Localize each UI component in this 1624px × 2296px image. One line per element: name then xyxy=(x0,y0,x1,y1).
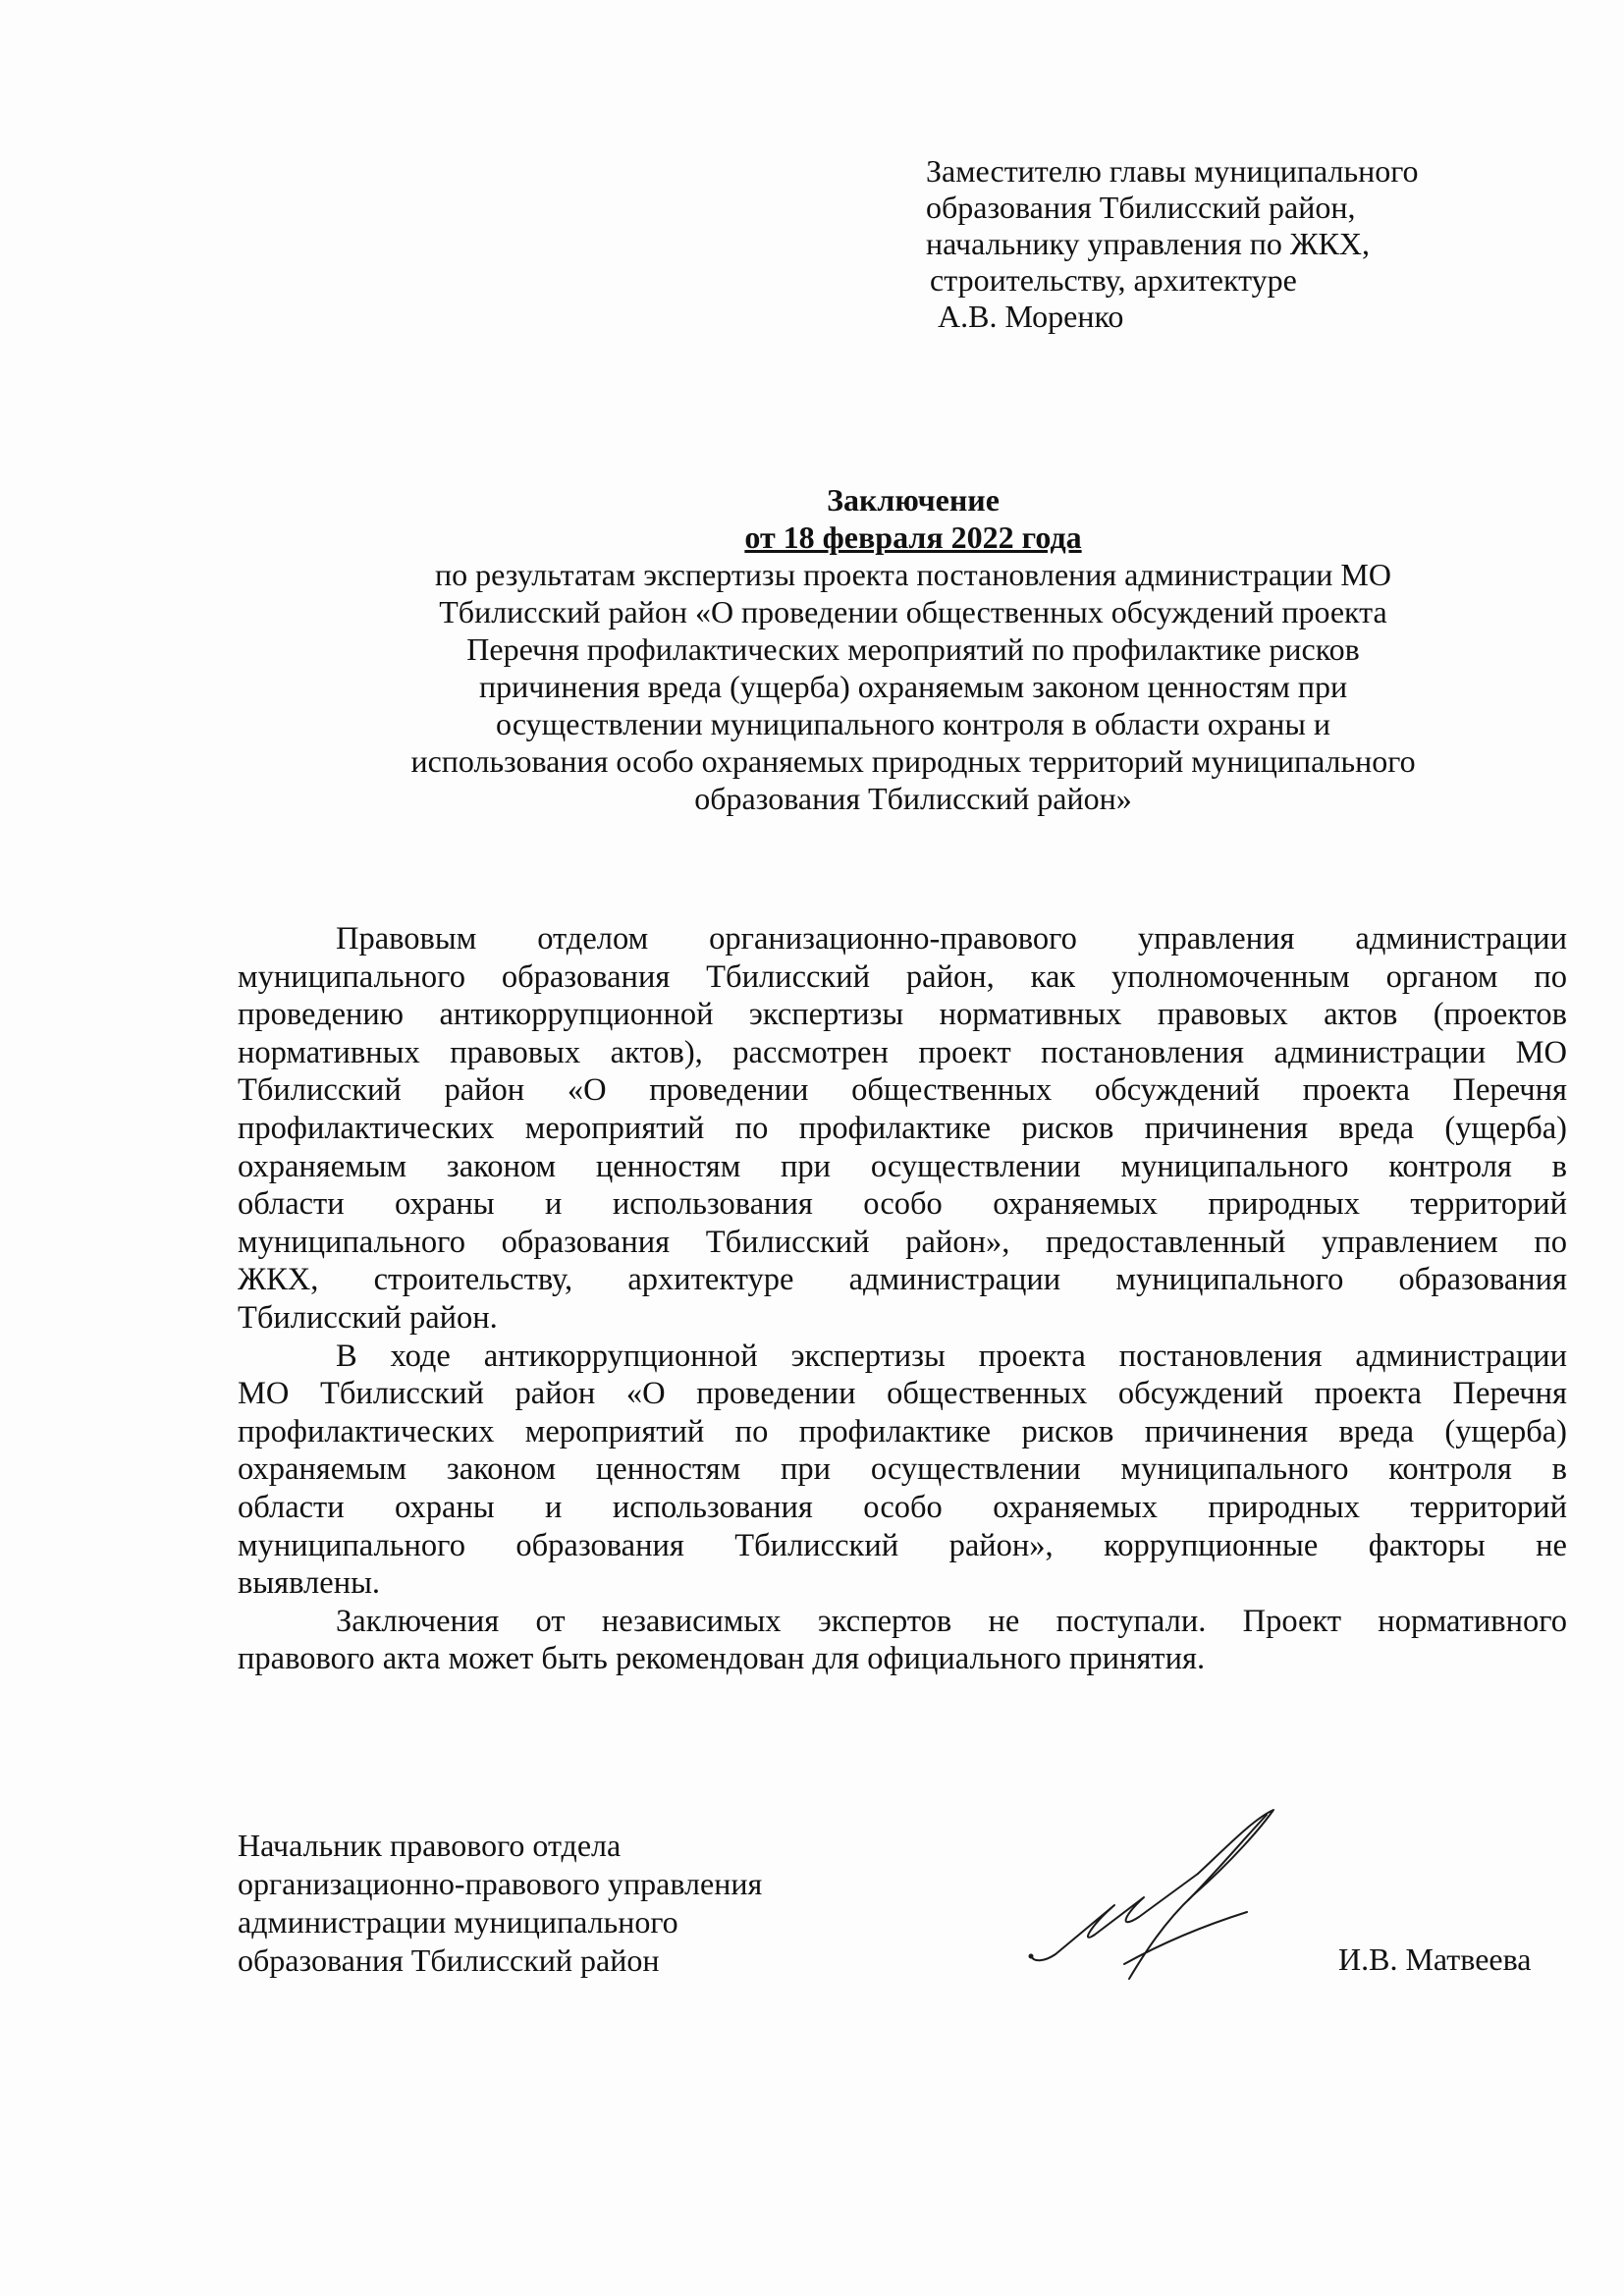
text-line: муниципального образования Тбилисский ра… xyxy=(238,958,1567,997)
subject-line: осуществлении муниципального контроля в … xyxy=(324,705,1502,742)
signer-name: И.В. Матвеева xyxy=(1338,1941,1531,1978)
signer-position-line: организационно-правового управления xyxy=(238,1865,762,1903)
recipient-line: образования Тбилисский район, xyxy=(926,190,1419,226)
text-line: Правовым отделом организационно-правовог… xyxy=(238,920,1567,958)
paragraph-review: Правовым отделом организационно-правовог… xyxy=(238,920,1567,1338)
paragraph-conclusion: Заключения от независимых экспертов не п… xyxy=(238,1603,1567,1678)
text-line: МО Тбилисский район «О проведении общест… xyxy=(238,1375,1567,1413)
text-line: Тбилисский район «О проведении обществен… xyxy=(238,1071,1567,1110)
signer-position-line: администрации муниципального xyxy=(238,1903,762,1941)
text-line: правового акта может быть рекомендован д… xyxy=(238,1640,1567,1678)
text-line: ЖКХ, строительству, архитектуре админист… xyxy=(238,1261,1567,1299)
document-title-block: Заключение от 18 февраля 2022 года по ре… xyxy=(324,481,1502,817)
text-line: охраняемым законом ценностям при осущест… xyxy=(238,1450,1567,1489)
subject-line: использования особо охраняемых природных… xyxy=(324,742,1502,780)
text-line: В ходе антикоррупционной экспертизы прое… xyxy=(238,1338,1567,1376)
signer-position-line: образования Тбилисский район xyxy=(238,1941,762,1980)
document-title: Заключение xyxy=(324,481,1502,519)
recipient-name: А.В. Моренко xyxy=(926,299,1419,335)
signer-position-line: Начальник правового отдела xyxy=(238,1827,762,1865)
paragraph-findings: В ходе антикоррупционной экспертизы прое… xyxy=(238,1338,1567,1603)
text-line: муниципального образования Тбилисский ра… xyxy=(238,1224,1567,1262)
recipient-line: Заместителю главы муниципального xyxy=(926,153,1419,190)
subject-line: Перечня профилактических мероприятий по … xyxy=(324,630,1502,668)
text-line: выявлены. xyxy=(238,1564,1567,1603)
text-line: профилактических мероприятий по профилак… xyxy=(238,1413,1567,1451)
text-line: области охраны и использования особо охр… xyxy=(238,1489,1567,1527)
handwritten-signature-icon xyxy=(997,1807,1291,2003)
text-line: охраняемым законом ценностям при осущест… xyxy=(238,1148,1567,1186)
text-line: области охраны и использования особо охр… xyxy=(238,1185,1567,1224)
subject-line: по результатам экспертизы проекта постан… xyxy=(324,556,1502,593)
document-date: от 18 февраля 2022 года xyxy=(744,519,1081,555)
text-line: муниципального образования Тбилисский ра… xyxy=(238,1527,1567,1565)
text-line: нормативных правовых актов), рассмотрен … xyxy=(238,1034,1567,1072)
text-line: проведению антикоррупционной экспертизы … xyxy=(238,996,1567,1034)
recipient-line: строительству, архитектуре xyxy=(926,262,1419,299)
subject-line: причинения вреда (ущерба) охраняемым зак… xyxy=(324,668,1502,705)
document-body: Правовым отделом организационно-правовог… xyxy=(238,920,1567,1678)
text-line: Заключения от независимых экспертов не п… xyxy=(238,1603,1567,1641)
recipient-line: начальнику управления по ЖКХ, xyxy=(926,226,1419,262)
recipient-block: Заместителю главы муниципального образов… xyxy=(926,153,1419,335)
signer-position-block: Начальник правового отдела организационн… xyxy=(238,1827,762,1980)
subject-line: Тбилисский район «О проведении обществен… xyxy=(324,593,1502,630)
subject-line: образования Тбилисский район» xyxy=(324,780,1502,817)
text-line: Тбилисский район. xyxy=(238,1299,1567,1338)
text-line: профилактических мероприятий по профилак… xyxy=(238,1110,1567,1148)
